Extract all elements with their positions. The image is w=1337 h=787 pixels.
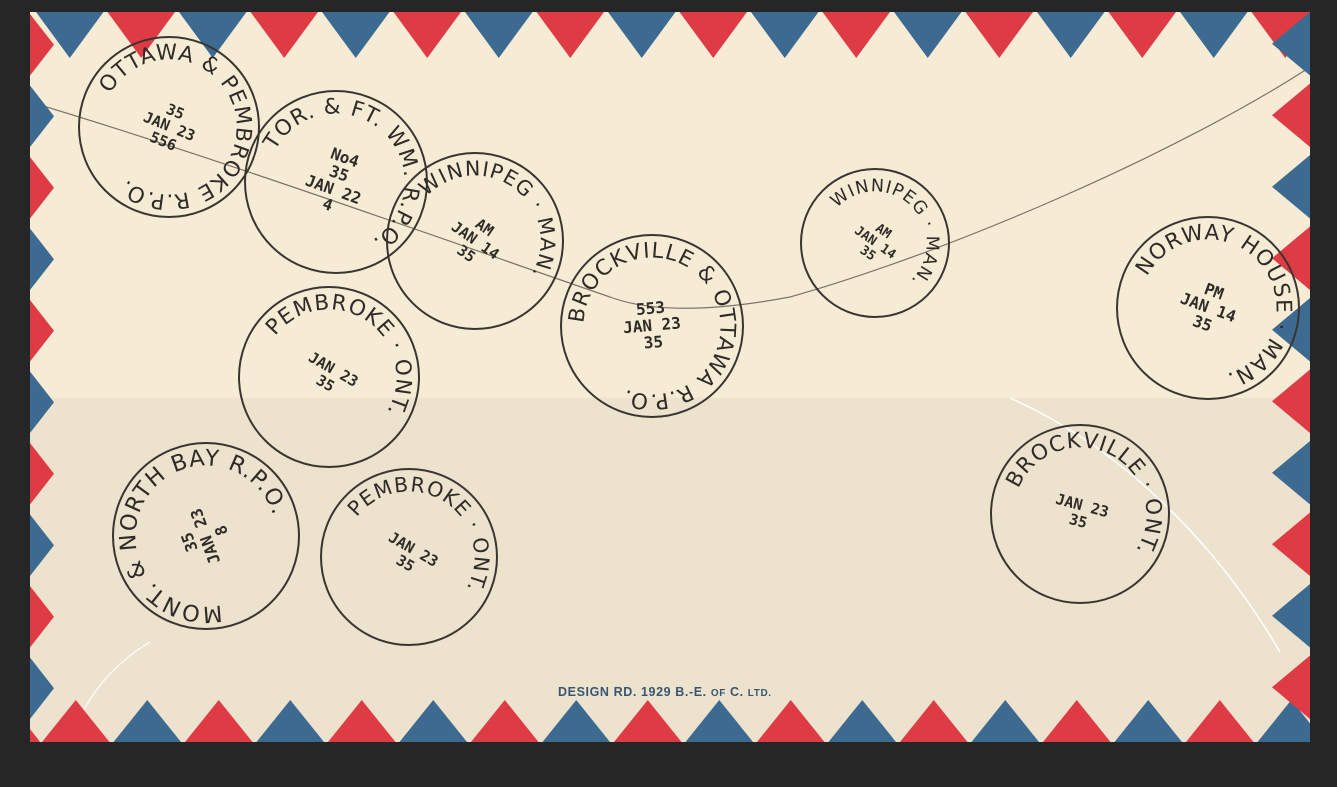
postmark-norway-house: NORWAY HOUSE · MAN.PMJAN 1435 bbox=[1116, 216, 1300, 400]
svg-text:WINNIPEG · MAN.: WINNIPEG · MAN. bbox=[813, 150, 968, 292]
postmark-mont-north-bay-rpo: MONT. & NORTH BAY R.P.O.35JAN 238 bbox=[112, 442, 300, 630]
postmark-brockville: BROCKVILLE · ONT.JAN 2335 bbox=[990, 424, 1170, 604]
imprint-text-1: DESIGN RD. 1929 B.-E. bbox=[558, 685, 711, 699]
postmark-pembroke-1: PEMBROKE · ONT.JAN 2335 bbox=[238, 286, 420, 468]
postmark-ottawa-pembroke-rpo: OTTAWA & PEMBROKE R.P.O.35JAN 23556 bbox=[78, 36, 260, 218]
imprint-text-3: C. bbox=[726, 685, 748, 699]
postmark-date: 553JAN 2335 bbox=[621, 298, 683, 353]
svg-text:BROCKVILLE · ONT.: BROCKVILLE · ONT. bbox=[991, 409, 1185, 562]
postmark-winnipeg-2: WINNIPEG · MAN.AMJAN 1435 bbox=[800, 168, 950, 318]
envelope-back: OTTAWA & PEMBROKE R.P.O.35JAN 23556TOR. … bbox=[30, 12, 1310, 742]
postmark-brockville-ottawa-rpo: BROCKVILLE & OTTAWA R.P.O.553JAN 2335 bbox=[560, 234, 744, 418]
imprint-text-2: OF bbox=[711, 688, 726, 699]
imprint-text-4: LTD. bbox=[748, 688, 772, 699]
printer-imprint: DESIGN RD. 1929 B.-E. OF C. LTD. bbox=[558, 685, 772, 699]
postmark-pembroke-2: PEMBROKE · ONT.JAN 2335 bbox=[320, 468, 498, 646]
